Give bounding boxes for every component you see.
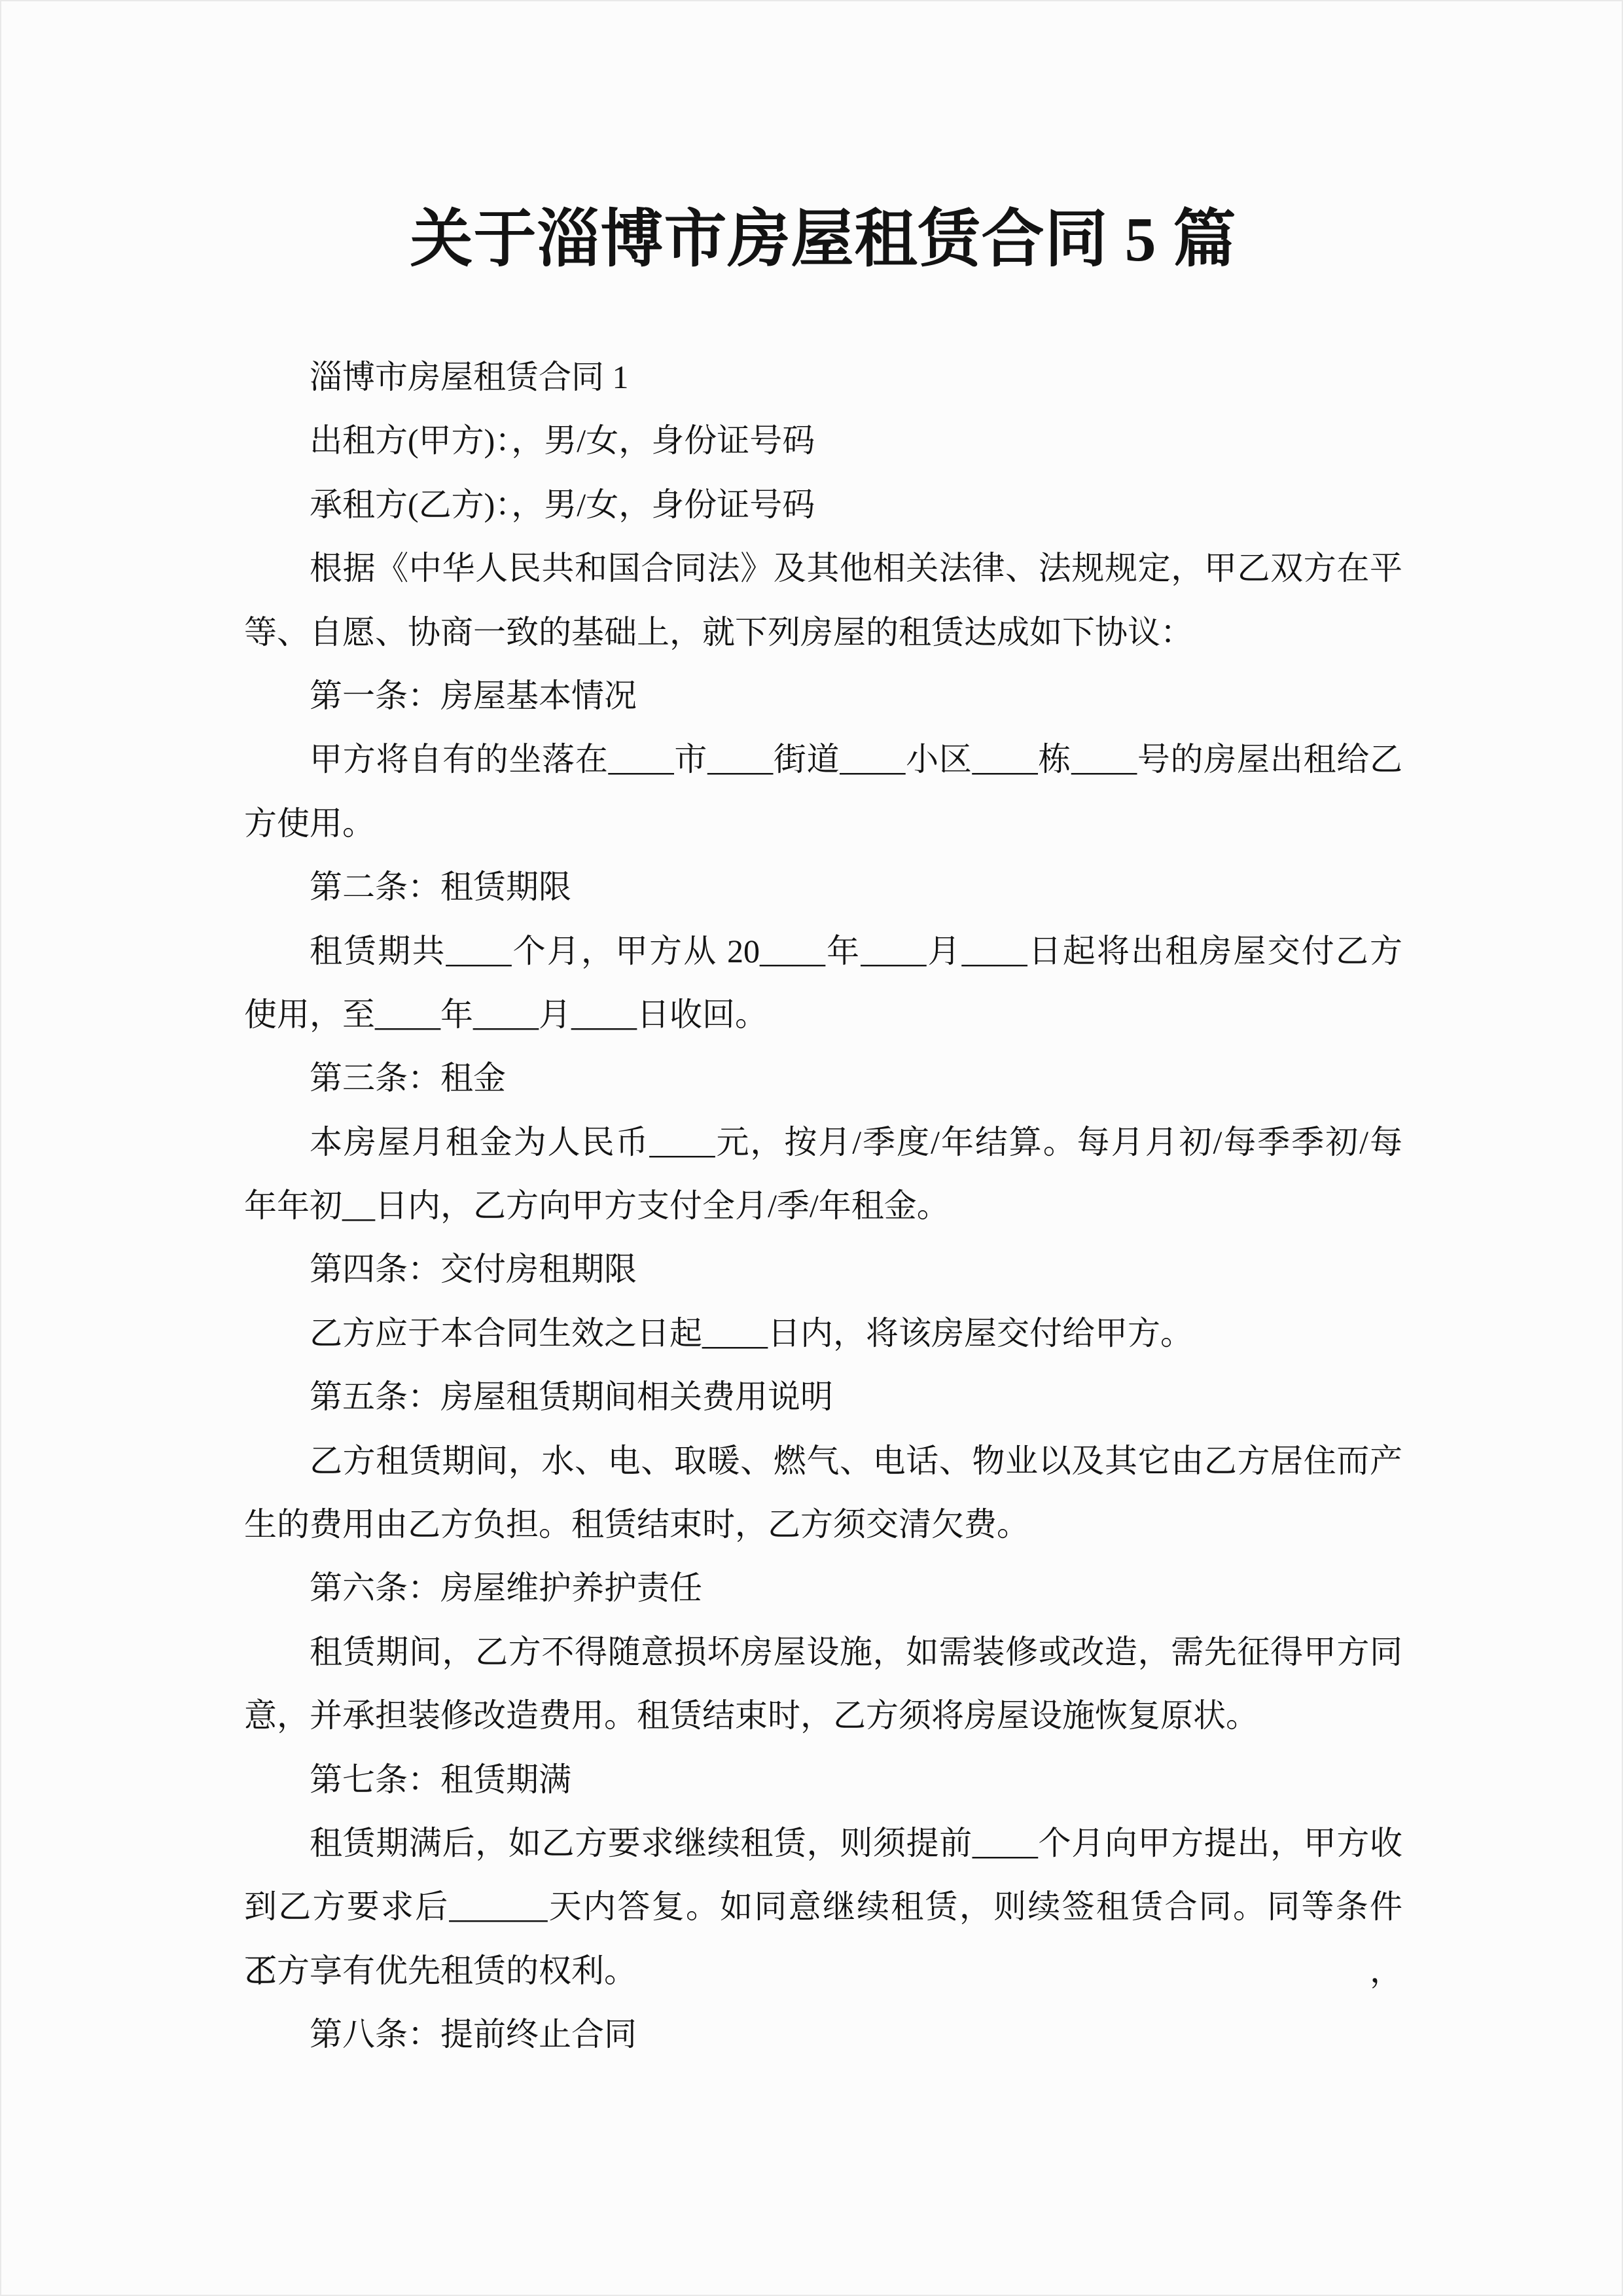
document-line: 根据《中华人民共和国合同法》及其他相关法律、法规规定，甲乙双方在平 [244,537,1402,600]
document-line: 本房屋月租金为人民币____元，按月/季度/年结算。每月月初/每季季初/每 [244,1111,1402,1174]
document-line: 年年初__日内，乙方向甲方支付全月/季/年租金。 [244,1174,1402,1238]
document-line: 第四条：交付房租期限 [244,1238,1402,1301]
document-line: 意，并承担装修改造费用。租赁结束时，乙方须将房屋设施恢复原状。 [244,1684,1402,1748]
document-line: 乙方应于本合同生效之日起____日内，将该房屋交付给甲方。 [244,1302,1402,1365]
document-line: 第八条：提前终止合同 [244,2003,1402,2066]
document-line: 方使用。 [244,792,1402,855]
document-line: 第一条：房屋基本情况 [244,664,1402,728]
document-line: 出租方(甲方)：，男/女，身份证号码 [244,409,1402,473]
document-line: 第二条：租赁期限 [244,855,1402,919]
document-line: 生的费用由乙方负担。租赁结束时，乙方须交清欠费。 [244,1493,1402,1556]
page: 关于淄博市房屋租赁合同 5 篇 淄博市房屋租赁合同 1出租方(甲方)：，男/女，… [0,0,1623,2296]
document-line: 甲方将自有的坐落在____市____街道____小区____栋____号的房屋出… [244,728,1402,791]
document-line: 到乙方要求后______天内答复。如同意继续租赁，则续签租赁合同。同等条件下， [244,1875,1402,1939]
document-line: 使用，至____年____月____日收回。 [244,983,1402,1047]
document-line: 第六条：房屋维护养护责任 [244,1556,1402,1620]
document-body: 淄博市房屋租赁合同 1出租方(甲方)：，男/女，身份证号码承租方(乙方)：，男/… [244,346,1402,2067]
document-line: 第三条：租金 [244,1047,1402,1110]
document-line: 第七条：租赁期满 [244,1748,1402,1812]
document-title: 关于淄博市房屋租赁合同 5 篇 [244,200,1402,279]
document-line: 淄博市房屋租赁合同 1 [244,346,1402,409]
document-line: 租赁期共____个月，甲方从 20____年____月____日起将出租房屋交付… [244,920,1402,983]
document-line: 等、自愿、协商一致的基础上，就下列房屋的租赁达成如下协议： [244,601,1402,664]
document-line: 承租方(乙方)：，男/女，身份证号码 [244,473,1402,537]
document-line: 第五条：房屋租赁期间相关费用说明 [244,1365,1402,1429]
document-line: 租赁期满后，如乙方要求继续租赁，则须提前____个月向甲方提出，甲方收 [244,1812,1402,1875]
document-line: 乙方租赁期间，水、电、取暖、燃气、电话、物业以及其它由乙方居住而产 [244,1429,1402,1493]
document-line: 租赁期间，乙方不得随意损坏房屋设施，如需装修或改造，需先征得甲方同 [244,1621,1402,1684]
